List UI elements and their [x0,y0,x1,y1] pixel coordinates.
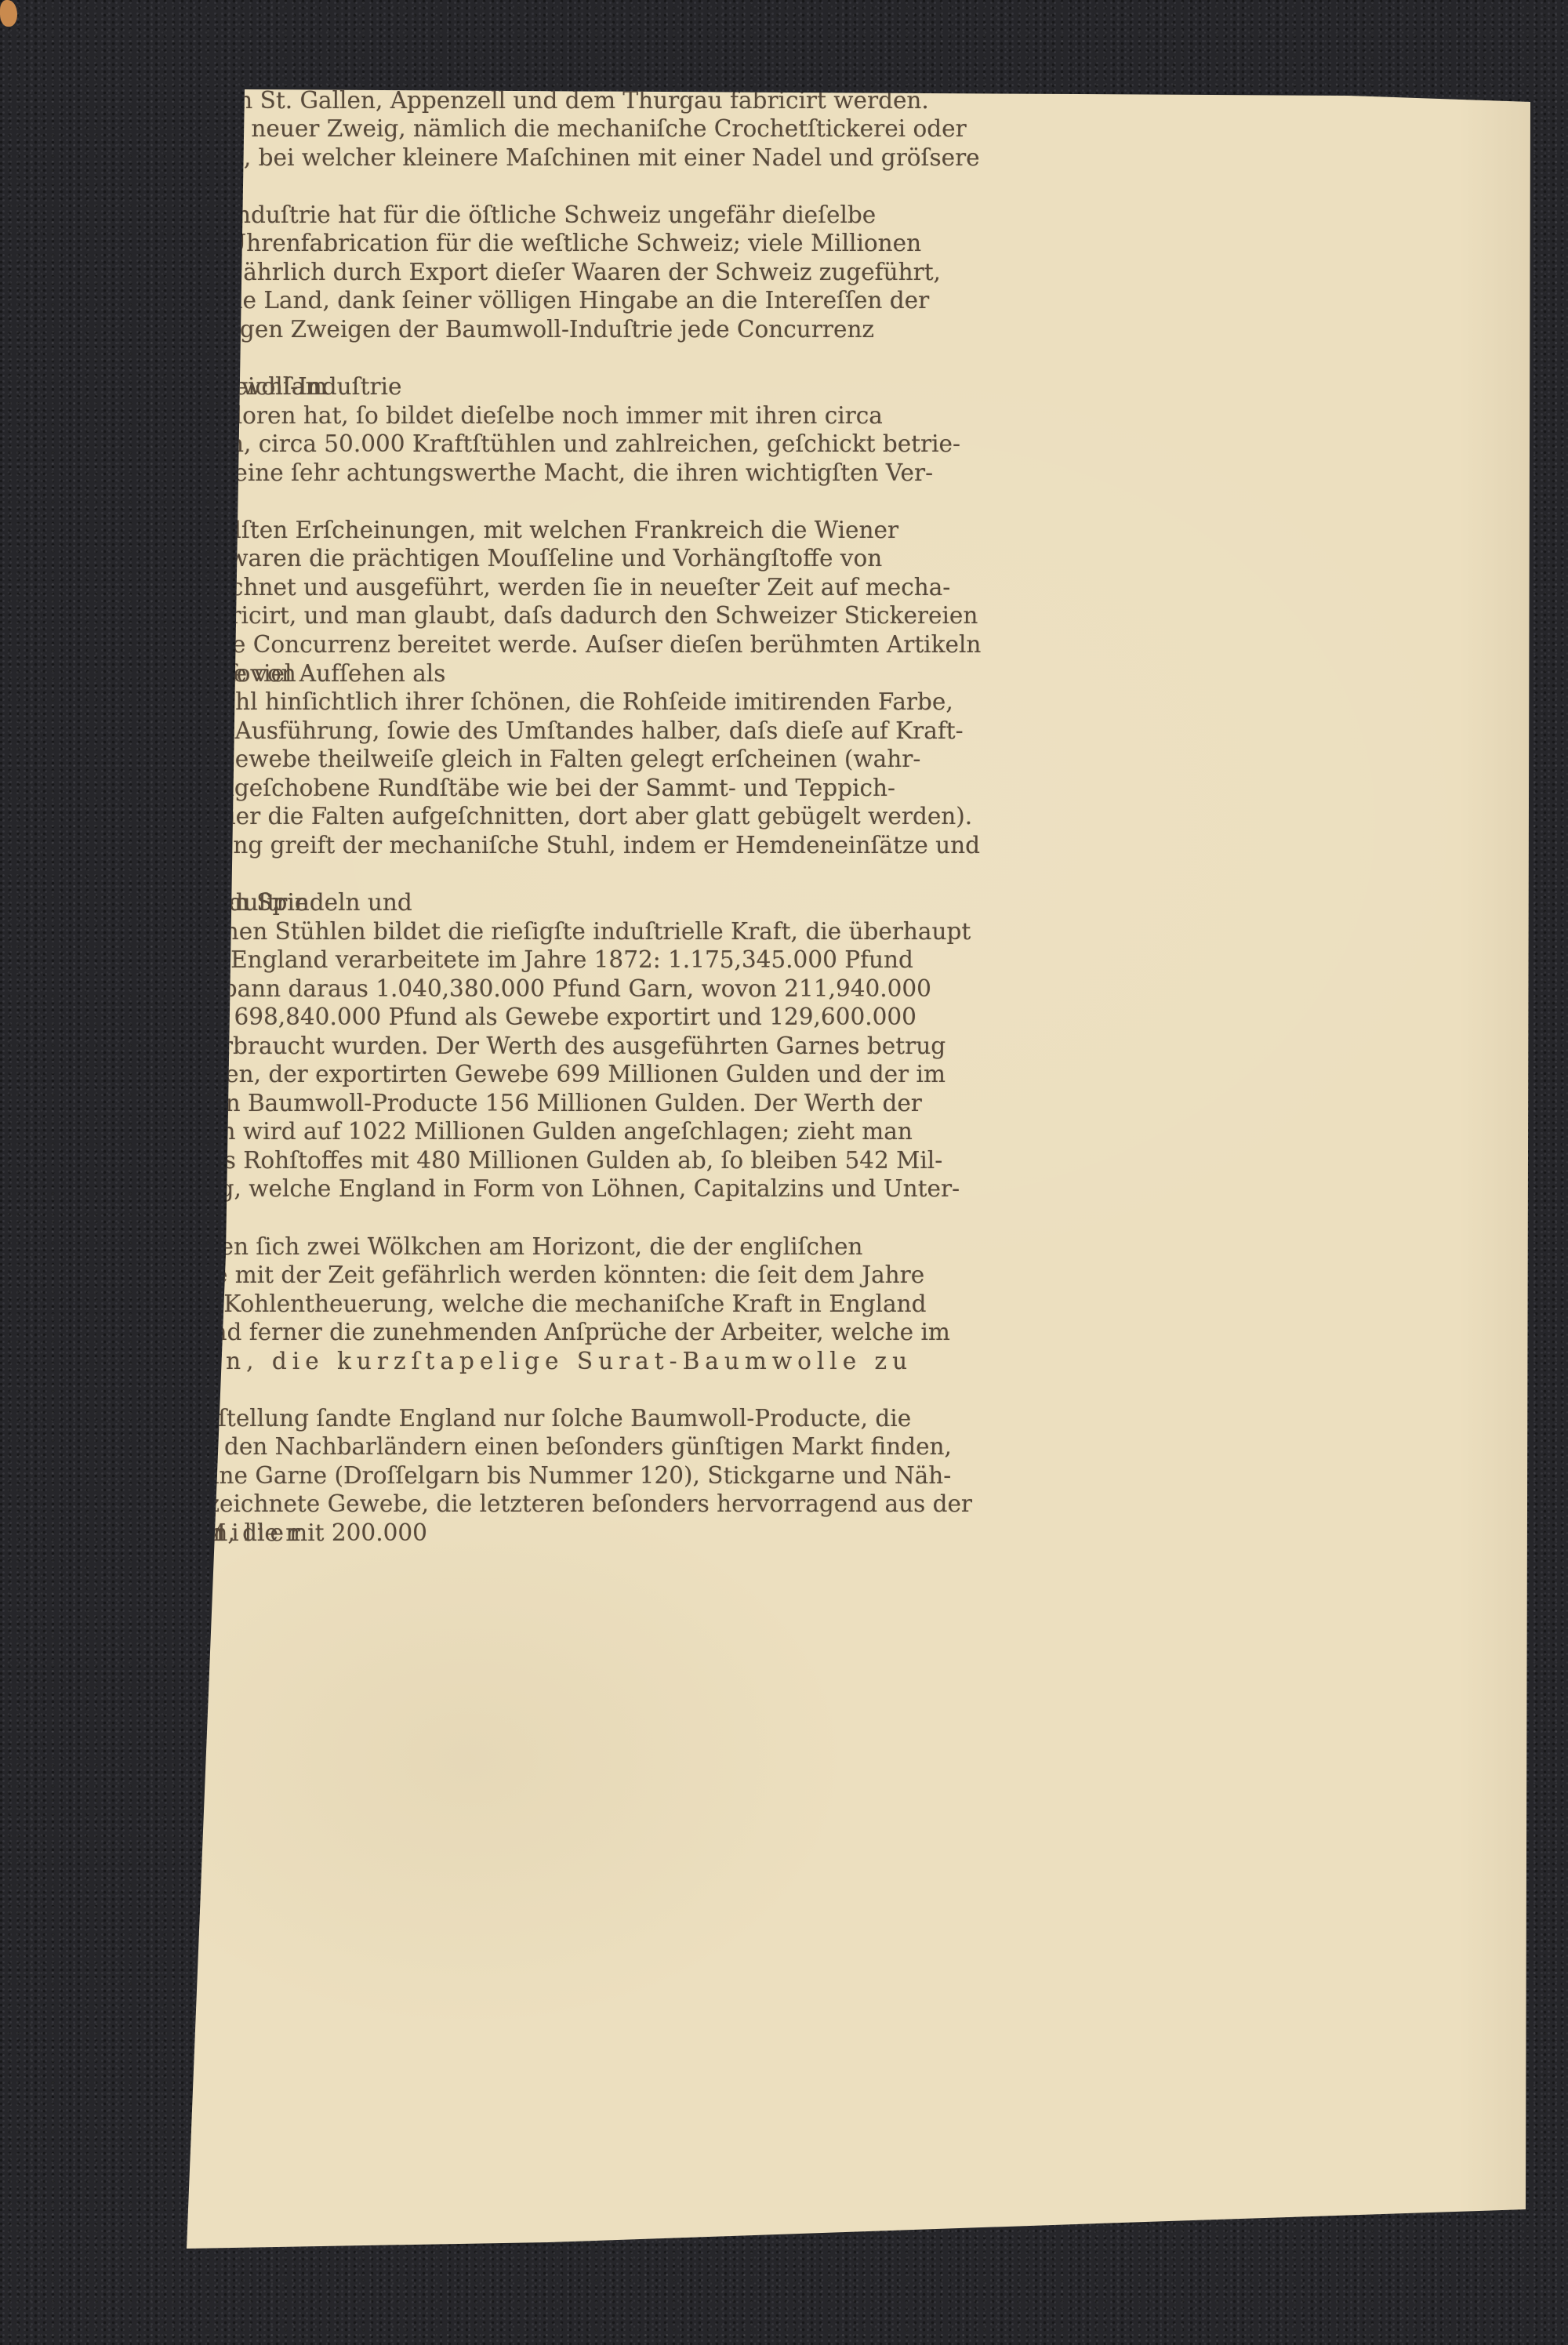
leather-wear-chip [0,0,17,27]
scanned-book-photo: 22 Dr. Alexander Peez. ‚ 3. die Stickwaa… [0,0,1568,2345]
